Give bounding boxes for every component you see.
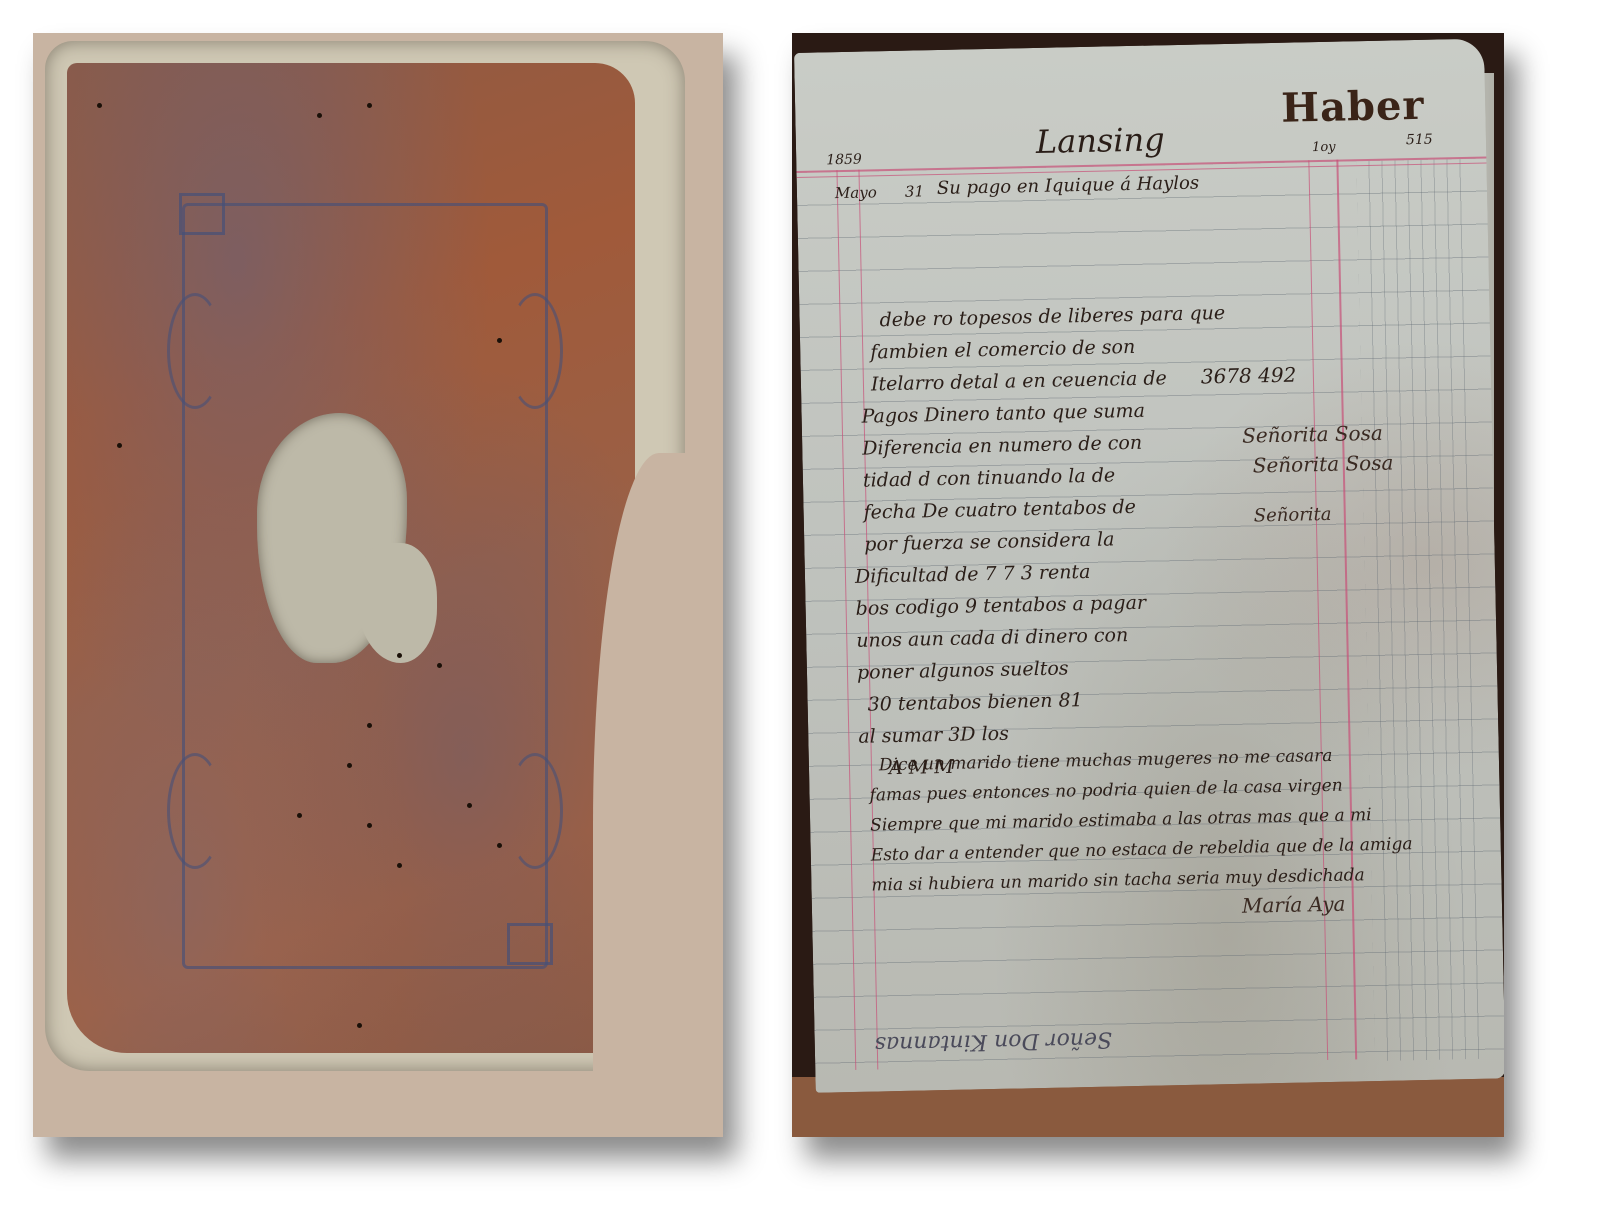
- entry-year: 1859: [826, 152, 862, 169]
- wormhole: [497, 338, 502, 343]
- ledger-page: Haber Lansing 1859 Mayo 31 Su pago en Iq…: [794, 39, 1504, 1093]
- corner-ornament: [507, 923, 553, 965]
- scroll-ornament: [507, 293, 563, 409]
- wormhole: [497, 843, 502, 848]
- text-line: al sumar 3D los: [858, 723, 1009, 748]
- entry-amount: 3678 492: [1201, 363, 1297, 389]
- account-name: Lansing: [1036, 120, 1165, 161]
- wormhole: [467, 803, 472, 808]
- cover-leather: [67, 63, 635, 1053]
- upside-down-inscription: Señor Don Kintannas: [875, 1027, 1113, 1057]
- wormhole: [347, 763, 352, 768]
- wormhole: [97, 103, 102, 108]
- wormhole: [397, 863, 402, 868]
- wormhole: [297, 813, 302, 818]
- entry-month: Mayo: [835, 183, 877, 202]
- entry-ref: 1oy: [1312, 140, 1336, 155]
- ledger-page-photo: 13 50 00 18 00 00 00 00 00 Haber Lansing…: [792, 33, 1504, 1137]
- column-heading: Haber: [1281, 82, 1425, 132]
- wormhole: [357, 1023, 362, 1028]
- wormhole: [317, 113, 322, 118]
- scroll-ornament: [167, 753, 223, 869]
- wormhole: [437, 663, 442, 668]
- wormhole: [367, 103, 372, 108]
- scroll-ornament: [507, 753, 563, 869]
- signature: María Aya: [1242, 892, 1346, 918]
- wormhole: [397, 653, 402, 658]
- signature: Señorita Sosa: [1242, 421, 1383, 448]
- text-line: poner algunos sueltos: [857, 657, 1069, 683]
- corner-ornament: [179, 193, 225, 235]
- signature: Señorita: [1254, 504, 1332, 527]
- entry-folio: 515: [1406, 132, 1433, 149]
- scroll-ornament: [167, 293, 223, 409]
- signature: Señorita Sosa: [1252, 451, 1393, 478]
- text-line: 30 tentabos bienen 81: [867, 689, 1083, 716]
- entry-day: 31: [905, 182, 924, 200]
- book-cover-photo: [33, 33, 723, 1137]
- wormhole: [367, 723, 372, 728]
- amount-grid: [1356, 159, 1485, 1061]
- wormhole: [117, 443, 122, 448]
- wormhole: [367, 823, 372, 828]
